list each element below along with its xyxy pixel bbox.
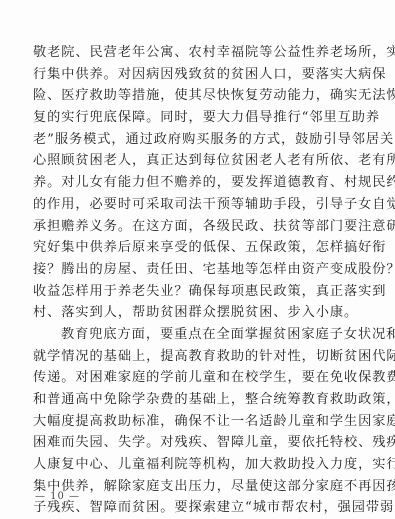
text-line: 究好集中供养后原来享受的低保、五保政策，怎样搞好衔 bbox=[33, 237, 341, 259]
text-line: 收益怎样用于养老失业？确保每项惠民政策，真正落实到 bbox=[33, 281, 341, 303]
paragraph-education-support: 教育兜底方面，要重点在全面掌握贫困家庭子女状况和 就学情况的基础上，提高教育救助… bbox=[33, 324, 341, 519]
text-line: 养。对儿女有能力但不赡养的，要发挥道德教育、村规民约 bbox=[33, 172, 341, 194]
text-line: 传递。对困难家庭的学前儿童和在校学生，要在免收保教费 bbox=[33, 367, 341, 389]
text-line: 敬老院、民营老年公寓、农村幸福院等公益性养老场所，实 bbox=[33, 42, 341, 64]
page-number: — 10 — bbox=[35, 491, 80, 502]
text-line: 和普通高中免除学杂费的基础上，整合统筹教育救助政策， bbox=[33, 389, 341, 411]
text-line: 复的实行兜底保障。同时，要大力倡导推行“邻里互助养 bbox=[33, 107, 341, 129]
text-line: 险、医疗救助等措施，使其尽快恢复劳动能力，确实无法恢 bbox=[33, 85, 341, 107]
text-line: 村、落实到人，帮助贫困群众摆脱贫困、步入小康。 bbox=[33, 302, 341, 324]
text-line: 就学情况的基础上，提高教育救助的针对性，切断贫困代际 bbox=[33, 346, 341, 368]
text-line: 人康复中心、儿童福利院等机构，加大救助投入力度，实行 bbox=[33, 454, 341, 476]
text-line: 心照顾贫困老人，真正达到每位贫困老人老有所依、老有所 bbox=[33, 150, 341, 172]
text-line: 困难而失园、失学。对残疾、智障儿童，要依托特校、残疾 bbox=[33, 432, 341, 454]
text-line: 行集中供养。对因病因残致贫的贫困人口，要落实大病保 bbox=[33, 64, 341, 86]
text-line: 的作用，必要时可采取司法干预等辅助手段，引导子女自觉 bbox=[33, 194, 341, 216]
body-text: 敬老院、民营老年公寓、农村幸福院等公益性养老场所，实 行集中供养。对因病因残致贫… bbox=[33, 42, 341, 519]
text-line: 老”服务模式，通过政府购买服务的方式，鼓励引导邻居关 bbox=[33, 129, 341, 151]
text-line: 大幅度提高救助标准，确保不让一名适龄儿童和学生因家庭 bbox=[33, 411, 341, 433]
text-line: 接？腾出的房屋、责任田、宅基地等怎样由资产变成股份？ bbox=[33, 259, 341, 281]
text-line: 承担赡养义务。在这方面，各级民政、扶贫等部门要注意研 bbox=[33, 216, 341, 238]
document-page: 敬老院、民营老年公寓、农村幸福院等公益性养老场所，实 行集中供养。对因病因残致贫… bbox=[0, 0, 395, 519]
text-line: 教育兜底方面，要重点在全面掌握贫困家庭子女状况和 bbox=[33, 324, 341, 346]
paragraph-elderly-care: 敬老院、民营老年公寓、农村幸福院等公益性养老场所，实 行集中供养。对因病因残致贫… bbox=[33, 42, 341, 324]
